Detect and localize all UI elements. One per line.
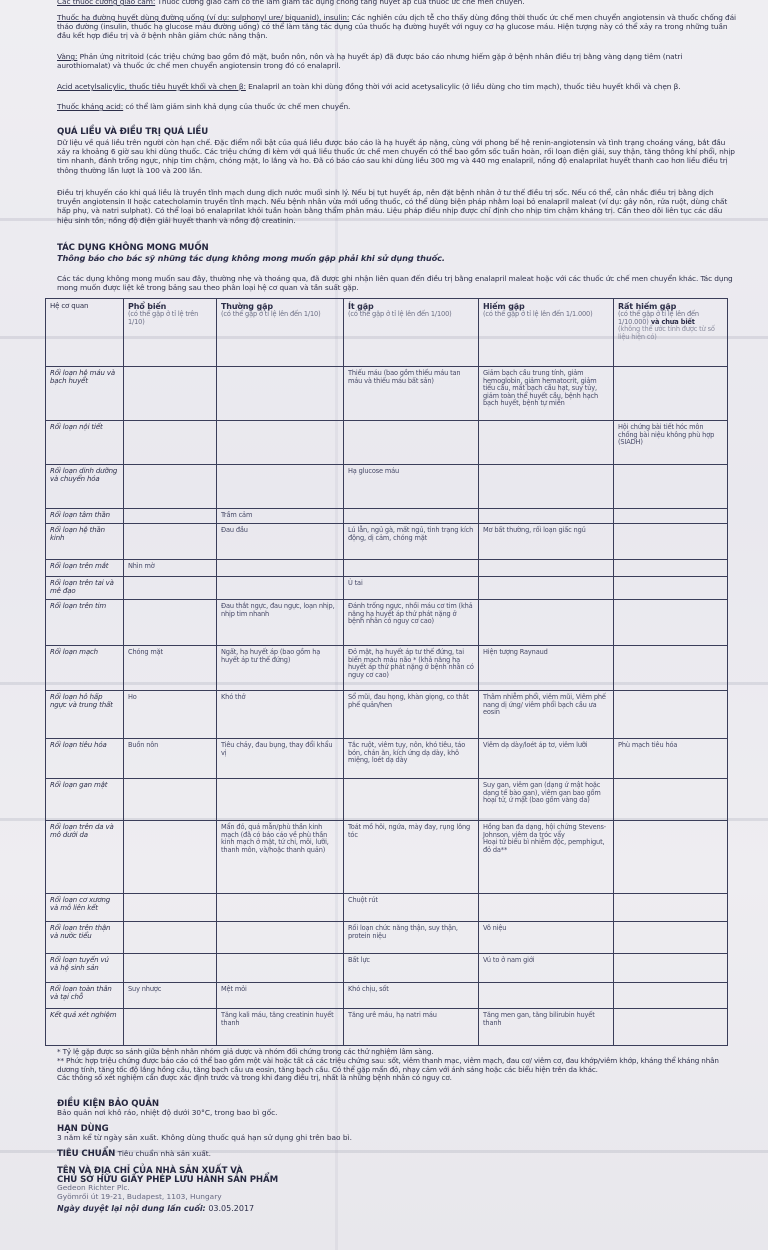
- frequency-cell: [124, 600, 217, 646]
- frequency-cell: [344, 779, 479, 821]
- frequency-cell: [344, 421, 479, 465]
- frequency-cell: Bất lực: [344, 954, 479, 983]
- frequency-cell: Toát mồ hôi, ngứa, mày đay, rụng lông tó…: [344, 821, 479, 894]
- adverse-effects-heading: TÁC DỤNG KHÔNG MONG MUỐN: [57, 244, 737, 253]
- review-date: Ngày duyệt lại nội dung lần cuối: 03.05.…: [57, 1205, 557, 1214]
- frequency-cell: [614, 646, 728, 691]
- frequency-cell: Tắc ruột, viêm tụy, nôn, khó tiêu, táo b…: [344, 739, 479, 779]
- organ-system-cell: Rối loạn tuyến vú và hệ sinh sản: [46, 954, 124, 983]
- table-row: Rối loạn tuyến vú và hệ sinh sảnBất lựcV…: [46, 954, 728, 983]
- frequency-cell: Chuột rút: [344, 894, 479, 922]
- frequency-cell: Hồng ban đa dạng, hội chứng Stevens-John…: [479, 821, 614, 894]
- organ-system-cell: Rối loạn trên thận và nước tiểu: [46, 922, 124, 954]
- frequency-cell: [479, 560, 614, 577]
- frequency-cell: Mệt mỏi: [217, 983, 344, 1009]
- table-row: Rối loạn trên da và mô dưới daMẩn đỏ, qu…: [46, 821, 728, 894]
- frequency-cell: [479, 509, 614, 524]
- frequency-cell: [614, 465, 728, 509]
- organ-system-cell: Rối loạn mạch: [46, 646, 124, 691]
- overdose-heading: QUÁ LIỀU VÀ ĐIỀU TRỊ QUÁ LIỀU: [57, 128, 737, 137]
- frequency-cell: Nhìn mờ: [124, 560, 217, 577]
- footnote-3: Các thông số xét nghiệm cần được xác địn…: [57, 1074, 737, 1083]
- frequency-cell: Rối loạn chức năng thận, suy thận, prote…: [344, 922, 479, 954]
- frequency-cell: [479, 577, 614, 600]
- frequency-cell: [217, 954, 344, 983]
- organ-system-cell: Rối loạn tiêu hóa: [46, 739, 124, 779]
- frequency-cell: [614, 600, 728, 646]
- frequency-cell: [124, 821, 217, 894]
- table-row: Rối loạn dinh dưỡng và chuyển hóaHạ gluc…: [46, 465, 728, 509]
- frequency-cell: [217, 421, 344, 465]
- frequency-cell: [124, 509, 217, 524]
- organ-system-cell: Rối loạn toàn thân và tại chỗ: [46, 983, 124, 1009]
- table-row: Kết quả xét nghiệmTăng kali máu, tăng cr…: [46, 1009, 728, 1046]
- frequency-cell: [479, 983, 614, 1009]
- storage-text: Bảo quản nơi khô ráo, nhiệt độ dưới 30°C…: [57, 1109, 557, 1118]
- organ-system-cell: Rối loạn gan mật: [46, 779, 124, 821]
- frequency-cell: Vú to ở nam giới: [479, 954, 614, 983]
- adverse-effects-table: Hệ cơ quan Phổ biến(có thể gặp ở tỉ lệ t…: [45, 298, 728, 1046]
- table-row: Rối loạn toàn thân và tại chỗSuy nhượcMệ…: [46, 983, 728, 1009]
- table-row: Rối loạn trên mắtNhìn mờ: [46, 560, 728, 577]
- frequency-cell: [217, 367, 344, 421]
- frequency-cell: [479, 600, 614, 646]
- frequency-cell: [344, 560, 479, 577]
- frequency-cell: [217, 922, 344, 954]
- table-row: Rối loạn mạchChóng mặtNgất, hạ huyết áp …: [46, 646, 728, 691]
- organ-system-cell: Rối loạn trên mắt: [46, 560, 124, 577]
- frequency-cell: Giảm bạch cầu trung tính, giảm hemoglobi…: [479, 367, 614, 421]
- frequency-cell: [614, 1009, 728, 1046]
- column-header: Ít gặp(có thể gặp ở tỉ lệ lên đến 1/100): [344, 299, 479, 367]
- frequency-cell: [614, 691, 728, 739]
- frequency-cell: [614, 509, 728, 524]
- frequency-cell: Đánh trống ngực, nhồi máu cơ tim (khả nă…: [344, 600, 479, 646]
- frequency-cell: [217, 779, 344, 821]
- interaction-antacids: Thuốc kháng acid: có thể làm giảm sinh k…: [57, 102, 737, 111]
- table-row: Rối loạn tiêu hóaBuồn nônTiêu chảy, đau …: [46, 739, 728, 779]
- frequency-cell: Suy nhược: [124, 983, 217, 1009]
- frequency-cell: Vô niệu: [479, 922, 614, 954]
- frequency-cell: Ho: [124, 691, 217, 739]
- table-row: Rối loạn hệ thần kinhĐau đầuLú lẫn, ngủ …: [46, 524, 728, 560]
- footnote-2: ** Phức hợp triệu chứng được báo cáo có …: [57, 1057, 737, 1075]
- frequency-cell: [479, 421, 614, 465]
- frequency-cell: [614, 821, 728, 894]
- frequency-cell: [614, 577, 728, 600]
- frequency-cell: Sổ mũi, đau họng, khàn giọng, co thắt ph…: [344, 691, 479, 739]
- frequency-cell: Suy gan, viêm gan (dạng ứ mật hoặc dạng …: [479, 779, 614, 821]
- frequency-cell: Phù mạch tiêu hóa: [614, 739, 728, 779]
- frequency-cell: Hạ glucose máu: [344, 465, 479, 509]
- adverse-effects-subheading: Thông báo cho bác sỹ những tác dụng khôn…: [57, 254, 737, 263]
- interaction-antidiabetics: Thuốc hạ đường huyết dùng đường uống (ví…: [57, 13, 737, 41]
- table-row: Rối loạn hô hấp ngực và trung thấtHoKhó …: [46, 691, 728, 739]
- organ-system-cell: Rối loạn trên tai và mê đạo: [46, 577, 124, 600]
- frequency-cell: [124, 894, 217, 922]
- frequency-cell: [124, 421, 217, 465]
- frequency-cell: Mẩn đỏ, quá mẫn/phù thần kinh mạch (đã c…: [217, 821, 344, 894]
- frequency-cell: [614, 524, 728, 560]
- frequency-cell: [124, 779, 217, 821]
- frequency-cell: Tăng men gan, tăng bilirubin huyết thanh: [479, 1009, 614, 1046]
- table-footnotes: * Tỷ lệ gặp được so sánh giữa bệnh nhân …: [57, 1048, 737, 1083]
- frequency-cell: [124, 524, 217, 560]
- frequency-cell: Thiếu máu (bao gồm thiếu máu tan máu và …: [344, 367, 479, 421]
- frequency-cell: Trầm cảm: [217, 509, 344, 524]
- interaction-sympathomimetics: Các thuốc cường giao cảm: Thuốc cường gi…: [57, 0, 737, 6]
- frequency-cell: Ngất, hạ huyết áp (bao gồm hạ huyết áp t…: [217, 646, 344, 691]
- leaflet-bottom-sections: ĐIỀU KIỆN BẢO QUẢN Bảo quản nơi khô ráo,…: [57, 1100, 557, 1214]
- column-header: Phổ biến(có thể gặp ở tỉ lệ trên 1/10): [124, 299, 217, 367]
- manufacturer-heading-line2: CHỦ SỞ HỮU GIẤY PHÉP LƯU HÀNH SẢN PHẨM: [57, 1176, 557, 1185]
- table-row: Rối loạn trên timĐau thắt ngực, đau ngực…: [46, 600, 728, 646]
- overdose-paragraph: Dữ liệu về quá liều trên người còn hạn c…: [57, 138, 737, 175]
- shelf-life-text: 3 năm kể từ ngày sản xuất. Không dùng th…: [57, 1134, 557, 1143]
- frequency-cell: Lú lẫn, ngủ gà, mất ngủ, tình trạng kích…: [344, 524, 479, 560]
- frequency-cell: Viêm dạ dày/loét áp tơ, viêm lưỡi: [479, 739, 614, 779]
- organ-system-cell: Rối loạn tâm thần: [46, 509, 124, 524]
- organ-system-cell: Rối loạn trên da và mô dưới da: [46, 821, 124, 894]
- frequency-cell: Tăng kali máu, tăng creatinin huyết than…: [217, 1009, 344, 1046]
- frequency-cell: [614, 779, 728, 821]
- frequency-cell: Ù tai: [344, 577, 479, 600]
- table-row: Rối loạn hệ máu và bạch huyếtThiếu máu (…: [46, 367, 728, 421]
- table-row: Rối loạn trên tai và mê đạoÙ tai: [46, 577, 728, 600]
- frequency-cell: [124, 1009, 217, 1046]
- frequency-cell: [124, 465, 217, 509]
- table-row: Rối loạn tâm thầnTrầm cảm: [46, 509, 728, 524]
- frequency-cell: Khó chịu, sốt: [344, 983, 479, 1009]
- frequency-cell: [217, 894, 344, 922]
- frequency-cell: Buồn nôn: [124, 739, 217, 779]
- frequency-cell: [124, 922, 217, 954]
- column-header: Rất hiếm gặp(có thể gặp ở tỉ lệ lên đến …: [614, 299, 728, 367]
- table-header-row: Hệ cơ quan Phổ biến(có thể gặp ở tỉ lệ t…: [46, 299, 728, 367]
- table-row: Rối loạn gan mậtSuy gan, viêm gan (dạng …: [46, 779, 728, 821]
- frequency-cell: [614, 367, 728, 421]
- frequency-cell: Đau thắt ngực, đau ngực, loạn nhịp, nhịp…: [217, 600, 344, 646]
- overdose-treatment-paragraph: Điều trị khuyến cáo khi quá liều là truy…: [57, 188, 737, 225]
- frequency-cell: [614, 983, 728, 1009]
- frequency-cell: Mơ bất thường, rối loạn giấc ngủ: [479, 524, 614, 560]
- table-row: Rối loạn nội tiếtHội chứng bài tiết hóc …: [46, 421, 728, 465]
- frequency-cell: [124, 367, 217, 421]
- frequency-cell: [344, 509, 479, 524]
- frequency-cell: [614, 954, 728, 983]
- interaction-gold: Vàng: Phản ứng nitritoid (các triệu chứn…: [57, 52, 737, 70]
- organ-system-cell: Rối loạn hệ máu và bạch huyết: [46, 367, 124, 421]
- standard-line: TIÊU CHUẨN Tiêu chuẩn nhà sản xuất.: [57, 1150, 557, 1159]
- column-header: Hệ cơ quan: [46, 299, 124, 367]
- table-body: Rối loạn hệ máu và bạch huyếtThiếu máu (…: [46, 367, 728, 1046]
- frequency-cell: Thâm nhiễm phổi, viêm mũi, Viêm phế nang…: [479, 691, 614, 739]
- frequency-cell: Hội chứng bài tiết hóc môn chống bài niệ…: [614, 421, 728, 465]
- frequency-cell: [124, 577, 217, 600]
- table-row: Rối loạn cơ xương và mô liên kếtChuột rú…: [46, 894, 728, 922]
- frequency-cell: [217, 465, 344, 509]
- interaction-aspirin: Acid acetylsalicylic, thuốc tiêu huyết k…: [57, 82, 737, 91]
- frequency-cell: [124, 954, 217, 983]
- frequency-cell: Chóng mặt: [124, 646, 217, 691]
- organ-system-cell: Rối loạn trên tim: [46, 600, 124, 646]
- frequency-cell: [479, 465, 614, 509]
- frequency-cell: Đỏ mặt, hạ huyết áp tư thế đứng, tai biế…: [344, 646, 479, 691]
- frequency-cell: [217, 577, 344, 600]
- organ-system-cell: Rối loạn hô hấp ngực và trung thất: [46, 691, 124, 739]
- frequency-cell: Hiện tượng Raynaud: [479, 646, 614, 691]
- organ-system-cell: Kết quả xét nghiệm: [46, 1009, 124, 1046]
- organ-system-cell: Rối loạn dinh dưỡng và chuyển hóa: [46, 465, 124, 509]
- adverse-effects-intro: Các tác dụng không mong muốn sau đây, th…: [57, 274, 737, 292]
- frequency-cell: Khó thở: [217, 691, 344, 739]
- column-header: Hiếm gặp(có thể gặp ở tỉ lệ lên đến 1/1.…: [479, 299, 614, 367]
- manufacturer-address: Gyömrői út 19-21, Budapest, 1103, Hungar…: [57, 1193, 557, 1202]
- frequency-cell: Đau đầu: [217, 524, 344, 560]
- column-header: Thường gặp(có thể gặp ở tỉ lệ lên đến 1/…: [217, 299, 344, 367]
- frequency-cell: [217, 560, 344, 577]
- table-row: Rối loạn trên thận và nước tiểuRối loạn …: [46, 922, 728, 954]
- organ-system-cell: Rối loạn nội tiết: [46, 421, 124, 465]
- frequency-cell: Tăng urê máu, hạ natri máu: [344, 1009, 479, 1046]
- frequency-cell: [614, 894, 728, 922]
- frequency-cell: [614, 560, 728, 577]
- organ-system-cell: Rối loạn hệ thần kinh: [46, 524, 124, 560]
- frequency-cell: [479, 894, 614, 922]
- frequency-cell: Tiêu chảy, đau bụng, thay đổi khẩu vị: [217, 739, 344, 779]
- organ-system-cell: Rối loạn cơ xương và mô liên kết: [46, 894, 124, 922]
- frequency-cell: [614, 922, 728, 954]
